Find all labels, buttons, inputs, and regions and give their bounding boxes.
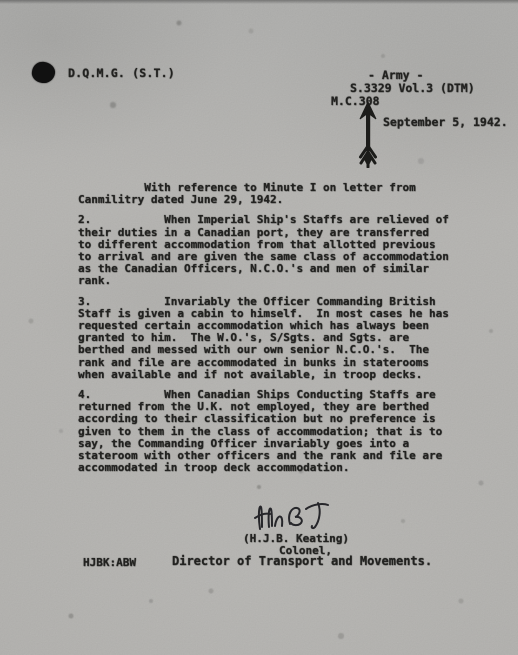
paper-speckles <box>0 0 2 2</box>
letter-body: With reference to Minute I on letter fro… <box>78 182 508 482</box>
signer-title: Director of Transport and Movements. <box>172 554 432 568</box>
org-line: - Army - <box>368 68 423 82</box>
hole-punch-mark <box>31 61 57 85</box>
typist-initials: HJBK:ABW <box>83 556 136 569</box>
document-page: D.Q.M.G. (S.T.) - Army - S.3329 Vol.3 (D… <box>0 0 518 655</box>
paragraph-3: 3. Invariably the Officer Commanding Bri… <box>78 296 508 381</box>
office-reference: D.Q.M.G. (S.T.) <box>68 66 175 80</box>
scan-edge-shadow <box>0 0 518 4</box>
paragraph-4: 4. When Canadian Ships Conducting Staffs… <box>78 389 508 474</box>
date-line: September 5, 1942. <box>383 115 508 129</box>
paragraph-2: 2. When Imperial Ship's Staffs are relie… <box>78 214 508 287</box>
file-reference: S.3329 Vol.3 (DTM) <box>350 81 475 95</box>
paragraph-intro: With reference to Minute I on letter fro… <box>78 182 508 206</box>
arrow-up-icon <box>355 100 381 168</box>
signature <box>252 496 336 536</box>
